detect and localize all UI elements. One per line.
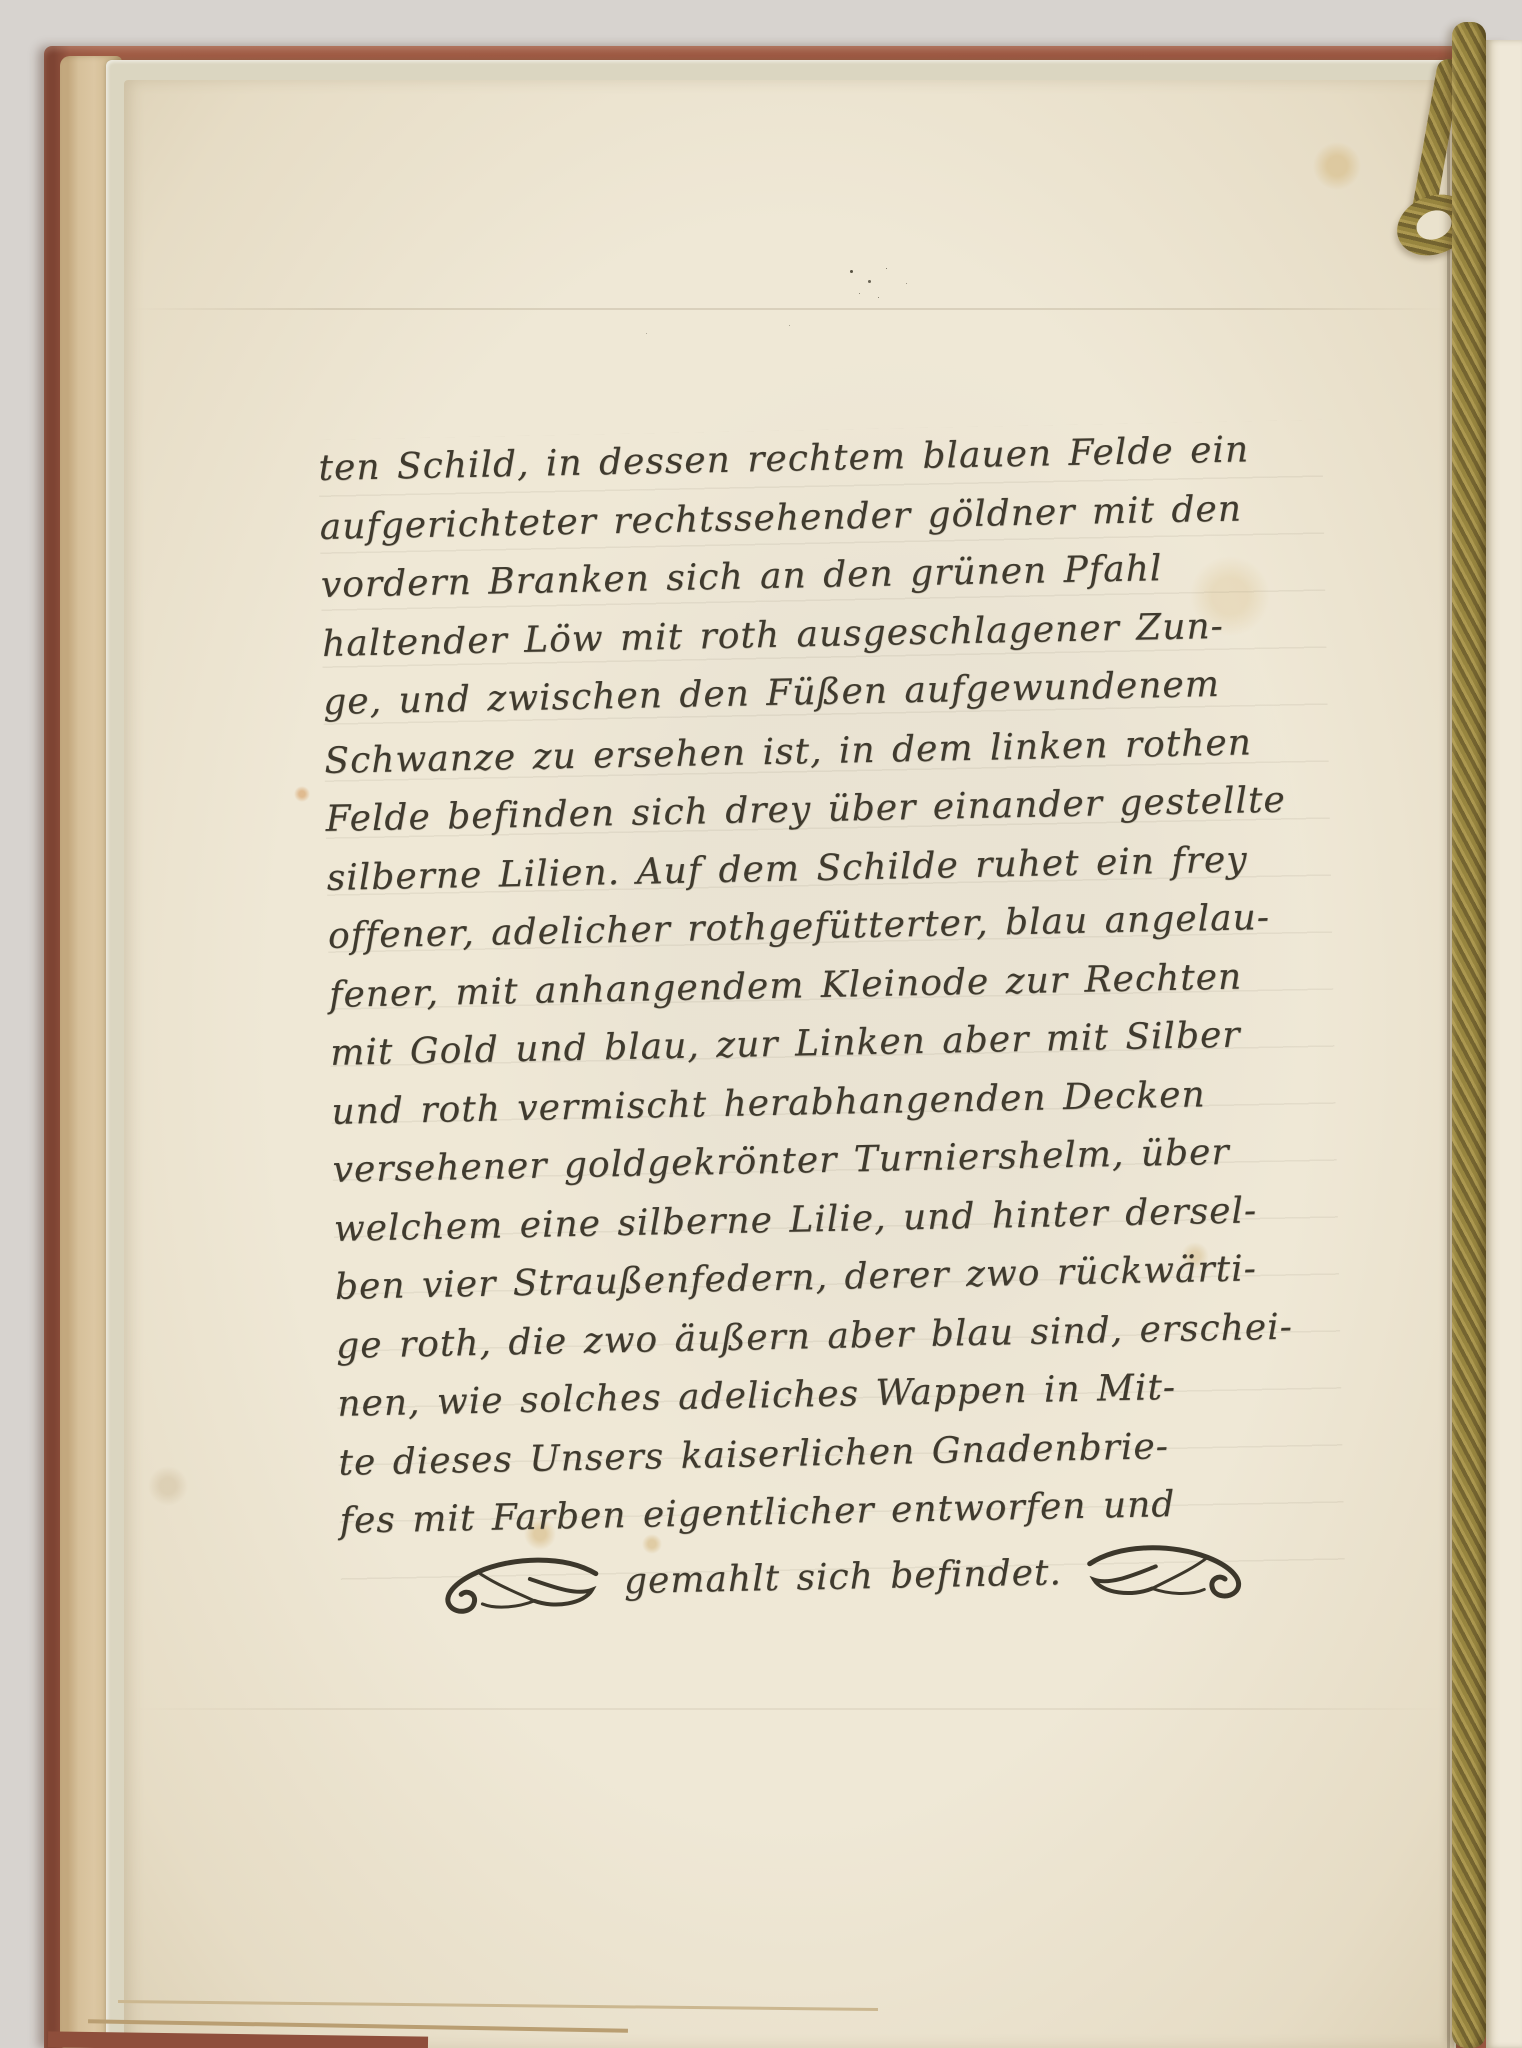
page-fold-edge <box>1447 60 1450 2048</box>
scroll-flourish-left-icon <box>433 1551 602 1618</box>
binding-cord <box>1452 22 1486 2048</box>
scroll-flourish-right-icon <box>1083 1538 1252 1605</box>
ink-specks <box>850 270 853 273</box>
manuscript-photo: ten Schild, in dessen rechtem blauen Fel… <box>0 0 1522 2048</box>
paper-crease <box>130 1708 1448 1710</box>
handwritten-text-block: ten Schild, in dessen rechtem blauen Fel… <box>318 420 1346 1623</box>
right-page-edge <box>1486 40 1522 2048</box>
closing-line-text: gemahlt sich befindet. <box>623 1545 1062 1612</box>
paper-crease <box>130 308 1448 310</box>
